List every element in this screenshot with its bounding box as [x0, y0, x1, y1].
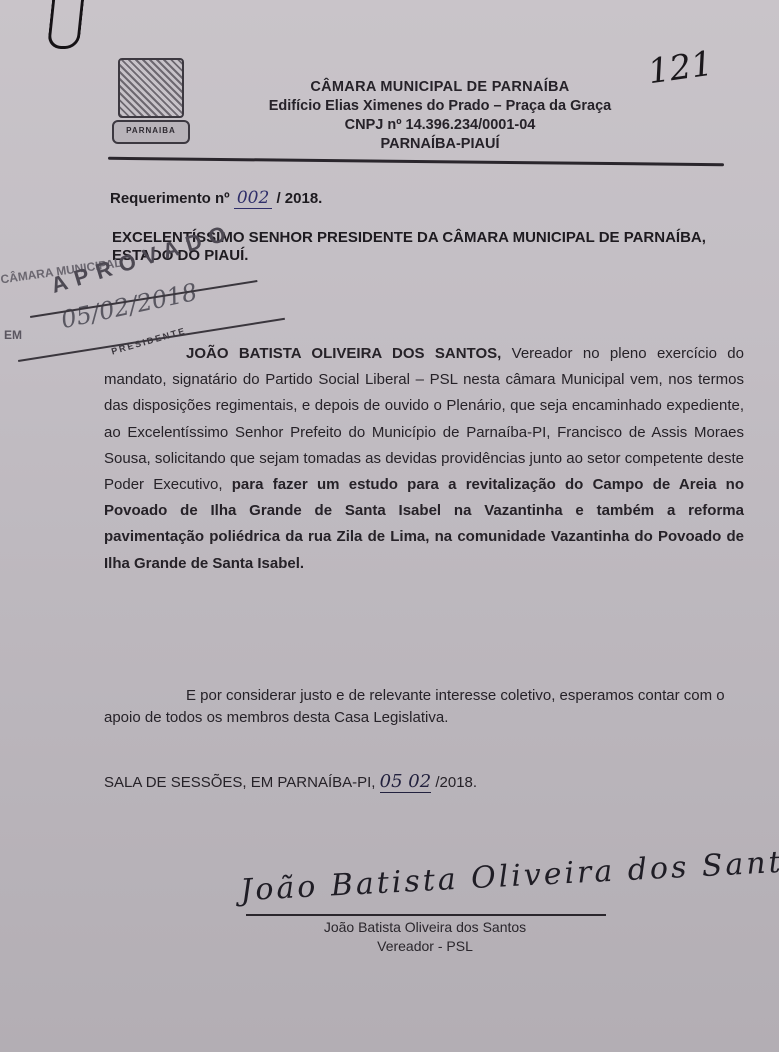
letterhead-city: PARNAÍBA-PIAUÍ: [190, 135, 690, 154]
place-date: SALA DE SESSÕES, EM PARNAÍBA-PI, 05 02 /…: [104, 771, 477, 792]
paper-clip-mark: [47, 0, 85, 49]
signer-block: João Batista Oliveira dos Santos Vereado…: [245, 918, 605, 956]
closing-text: E por considerar justo e de relevante in…: [104, 687, 725, 726]
stamp-em-label: EM: [4, 328, 22, 342]
handwritten-signature: João Batista Oliveira dos Santos: [239, 843, 779, 908]
body-text: Vereador no pleno exercício do mandato, …: [104, 345, 744, 493]
header-divider: [108, 157, 724, 166]
request-body: JOÃO BATISTA OLIVEIRA DOS SANTOS, Veread…: [104, 341, 744, 577]
author-name: JOÃO BATISTA OLIVEIRA DOS SANTOS,: [186, 345, 501, 362]
handwritten-date: 05 02: [380, 771, 432, 793]
request-number: Requerimento nº 002 / 2018.: [110, 188, 322, 208]
signer-name: João Batista Oliveira dos Santos: [245, 918, 605, 937]
closing-paragraph: E por considerar justo e de relevante in…: [104, 685, 744, 729]
date-year: /2018.: [435, 774, 477, 791]
letterhead-cnpj: CNPJ nº 14.396.234/0001-04: [190, 116, 690, 135]
letterhead-address: Edifício Elias Ximenes do Prado – Praça …: [190, 97, 690, 116]
signature-line: [246, 914, 606, 916]
request-prefix: Requerimento nº: [110, 190, 230, 207]
letterhead-title: CÂMARA MUNICIPAL DE PARNAÍBA: [190, 78, 690, 97]
request-year: / 2018.: [276, 190, 322, 207]
request-number-handwritten: 002: [234, 188, 272, 209]
handwritten-page-number: 121: [646, 44, 716, 93]
crest-banner: PARNAIBA: [112, 120, 190, 144]
letterhead: CÂMARA MUNICIPAL DE PARNAÍBA Edifício El…: [190, 78, 690, 154]
municipal-crest-icon: [118, 58, 184, 118]
signer-title: Vereador - PSL: [245, 937, 605, 956]
place-prefix: SALA DE SESSÕES, EM PARNAÍBA-PI,: [104, 774, 375, 791]
